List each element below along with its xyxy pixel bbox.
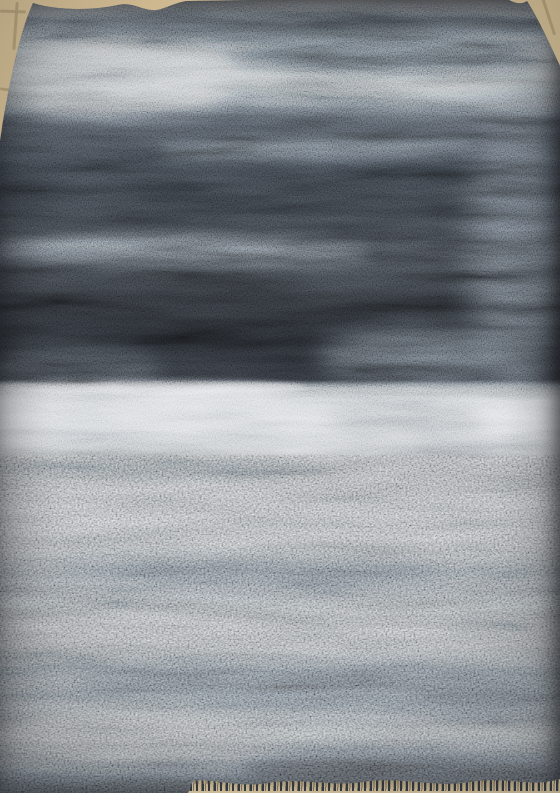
rug-photo xyxy=(0,0,560,793)
photo-vignette xyxy=(0,0,560,793)
